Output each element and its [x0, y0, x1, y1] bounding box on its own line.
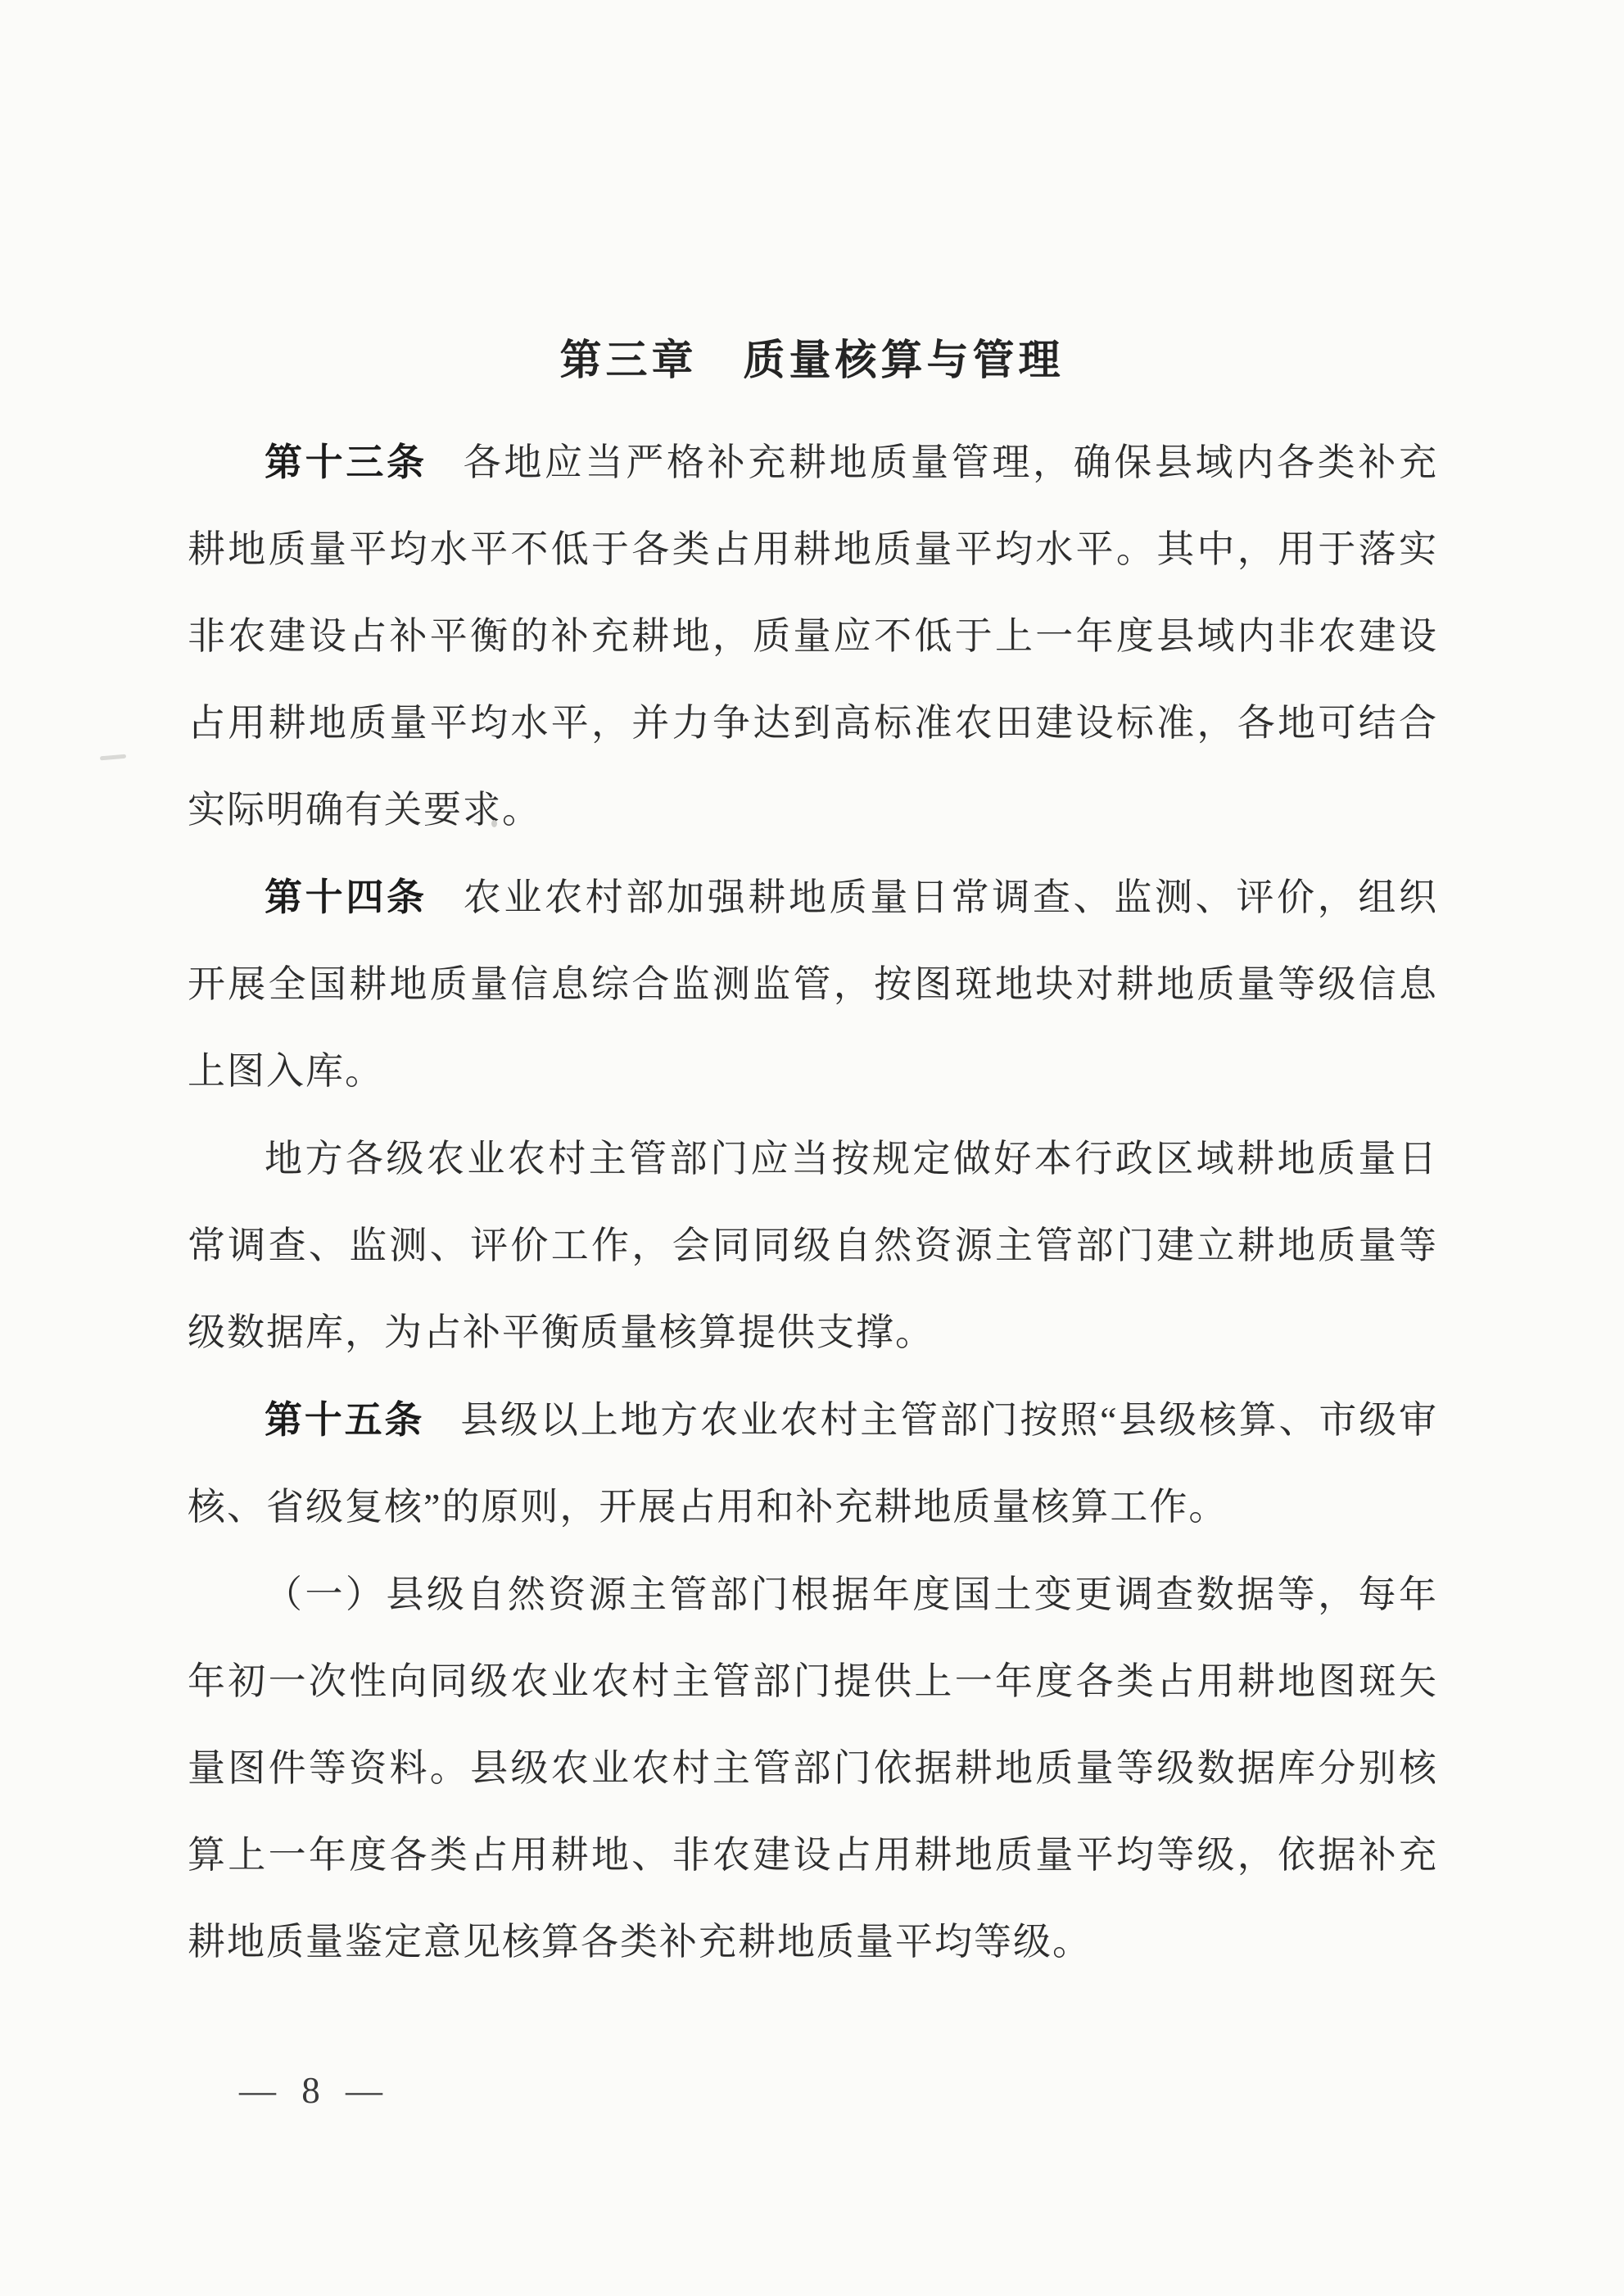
paragraph-text: （一）县级自然资源主管部门根据年度国土变更调查数据等，每年年初一次性向同级农业农… — [188, 1574, 1438, 1963]
scan-artifact-dash — [100, 754, 126, 761]
paragraph-article-15: 第十五条县级以上地方农业农村主管部门按照“县级核算、市级审核、省级复核”的原则，… — [188, 1376, 1438, 1551]
paragraph-text: 地方各级农业农村主管部门应当按规定做好本行政区域耕地质量日常调查、监测、评价工作… — [188, 1138, 1438, 1353]
paragraph-article-14-sub: 地方各级农业农村主管部门应当按规定做好本行政区域耕地质量日常调查、监测、评价工作… — [188, 1115, 1438, 1376]
paragraph-article-15-item-1: （一）县级自然资源主管部门根据年度国土变更调查数据等，每年年初一次性向同级农业农… — [188, 1551, 1438, 1986]
article-number: 第十四条 — [265, 876, 427, 918]
paragraph-article-13: 第十三条各地应当严格补充耕地质量管理，确保县域内各类补充耕地质量平均水平不低于各… — [188, 419, 1438, 854]
paragraph-article-14: 第十四条农业农村部加强耕地质量日常调查、监测、评价，组织开展全国耕地质量信息综合… — [188, 854, 1438, 1115]
article-number: 第十三条 — [265, 441, 427, 483]
document-body: 第十三条各地应当严格补充耕地质量管理，确保县域内各类补充耕地质量平均水平不低于各… — [188, 419, 1438, 1986]
document-page: 第三章 质量核算与管理 第十三条各地应当严格补充耕地质量管理，确保县域内各类补充… — [0, 0, 1624, 2296]
page-number: — 8 — — [239, 2069, 391, 2112]
chapter-title: 第三章 质量核算与管理 — [0, 326, 1624, 387]
scan-artifact-dot — [491, 820, 497, 827]
paragraph-text: 各地应当严格补充耕地质量管理，确保县域内各类补充耕地质量平均水平不低于各类占用耕… — [188, 442, 1438, 831]
article-number: 第十五条 — [265, 1398, 424, 1441]
